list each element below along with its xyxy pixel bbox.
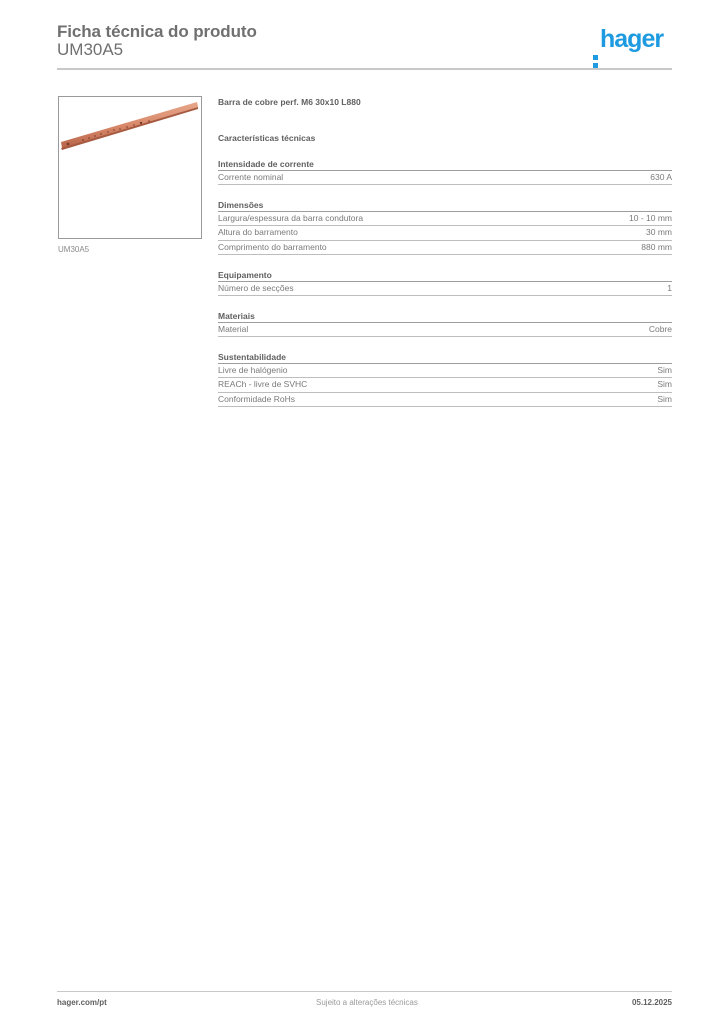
spec-row: MaterialCobre [218,323,672,337]
spec-content: Barra de cobre perf. M6 30x10 L880 Carac… [218,96,672,407]
copper-busbar-icon [59,97,202,239]
spec-label: Comprimento do barramento [218,241,327,254]
document-header: Ficha técnica do produto UM30A5 [57,20,672,70]
header-divider [57,68,672,70]
spec-value: 10 - 10 mm [629,212,672,225]
spec-group-title: Intensidade de corrente [218,158,672,171]
spec-label: Número de secções [218,282,294,295]
spec-value: Sim [657,393,672,406]
spec-label: Largura/espessura da barra condutora [218,212,363,225]
footer-divider [57,991,672,992]
product-code: UM30A5 [57,40,123,60]
spec-row: Altura do barramento30 mm [218,226,672,240]
website-link[interactable]: hager.com/pt [57,998,107,1007]
spec-row: REACh - livre de SVHCSim [218,378,672,392]
spec-group: DimensõesLargura/espessura da barra cond… [218,199,672,255]
document-date: 05.12.2025 [632,998,672,1007]
spec-label: REACh - livre de SVHC [218,378,307,391]
spec-group-title: Sustentabilidade [218,351,672,364]
spec-group: MateriaisMaterialCobre [218,310,672,337]
spec-row: Comprimento do barramento880 mm [218,241,672,255]
spec-group-title: Materiais [218,310,672,323]
spec-value: Sim [657,378,672,391]
spec-row: Conformidade RoHsSim [218,393,672,407]
spec-label: Corrente nominal [218,171,283,184]
footer-note: Sujeito a alterações técnicas [316,998,418,1007]
spec-label: Material [218,323,248,336]
spec-group-title: Dimensões [218,199,672,212]
spec-value: 880 mm [641,241,672,254]
spec-group: SustentabilidadeLivre de halógenioSimREA… [218,351,672,407]
logo-text: hager [600,25,663,53]
spec-value: 1 [667,282,672,295]
spec-row: Largura/espessura da barra condutora10 -… [218,212,672,226]
spec-group: Intensidade de correnteCorrente nominal6… [218,158,672,185]
spec-value: Cobre [649,323,672,336]
hager-logo: hager [593,27,663,52]
document-title: Ficha técnica do produto [57,22,257,42]
spec-label: Livre de halógenio [218,364,287,377]
spec-groups: Intensidade de correnteCorrente nominal6… [218,158,672,407]
product-name: Barra de cobre perf. M6 30x10 L880 [218,96,672,108]
spec-row: Livre de halógenioSim [218,364,672,378]
spec-row: Corrente nominal630 A [218,171,672,185]
spec-value: 30 mm [646,226,672,239]
spec-group-title: Equipamento [218,269,672,282]
document-footer: hager.com/pt Sujeito a alterações técnic… [57,998,672,1012]
product-image-caption: UM30A5 [58,245,89,254]
spec-value: Sim [657,364,672,377]
spec-label: Conformidade RoHs [218,393,295,406]
spec-label: Altura do barramento [218,226,298,239]
spec-row: Número de secções1 [218,282,672,296]
spec-value: 630 A [650,171,672,184]
specs-heading: Características técnicas [218,132,672,144]
spec-group: EquipamentoNúmero de secções1 [218,269,672,296]
product-image [58,96,202,239]
